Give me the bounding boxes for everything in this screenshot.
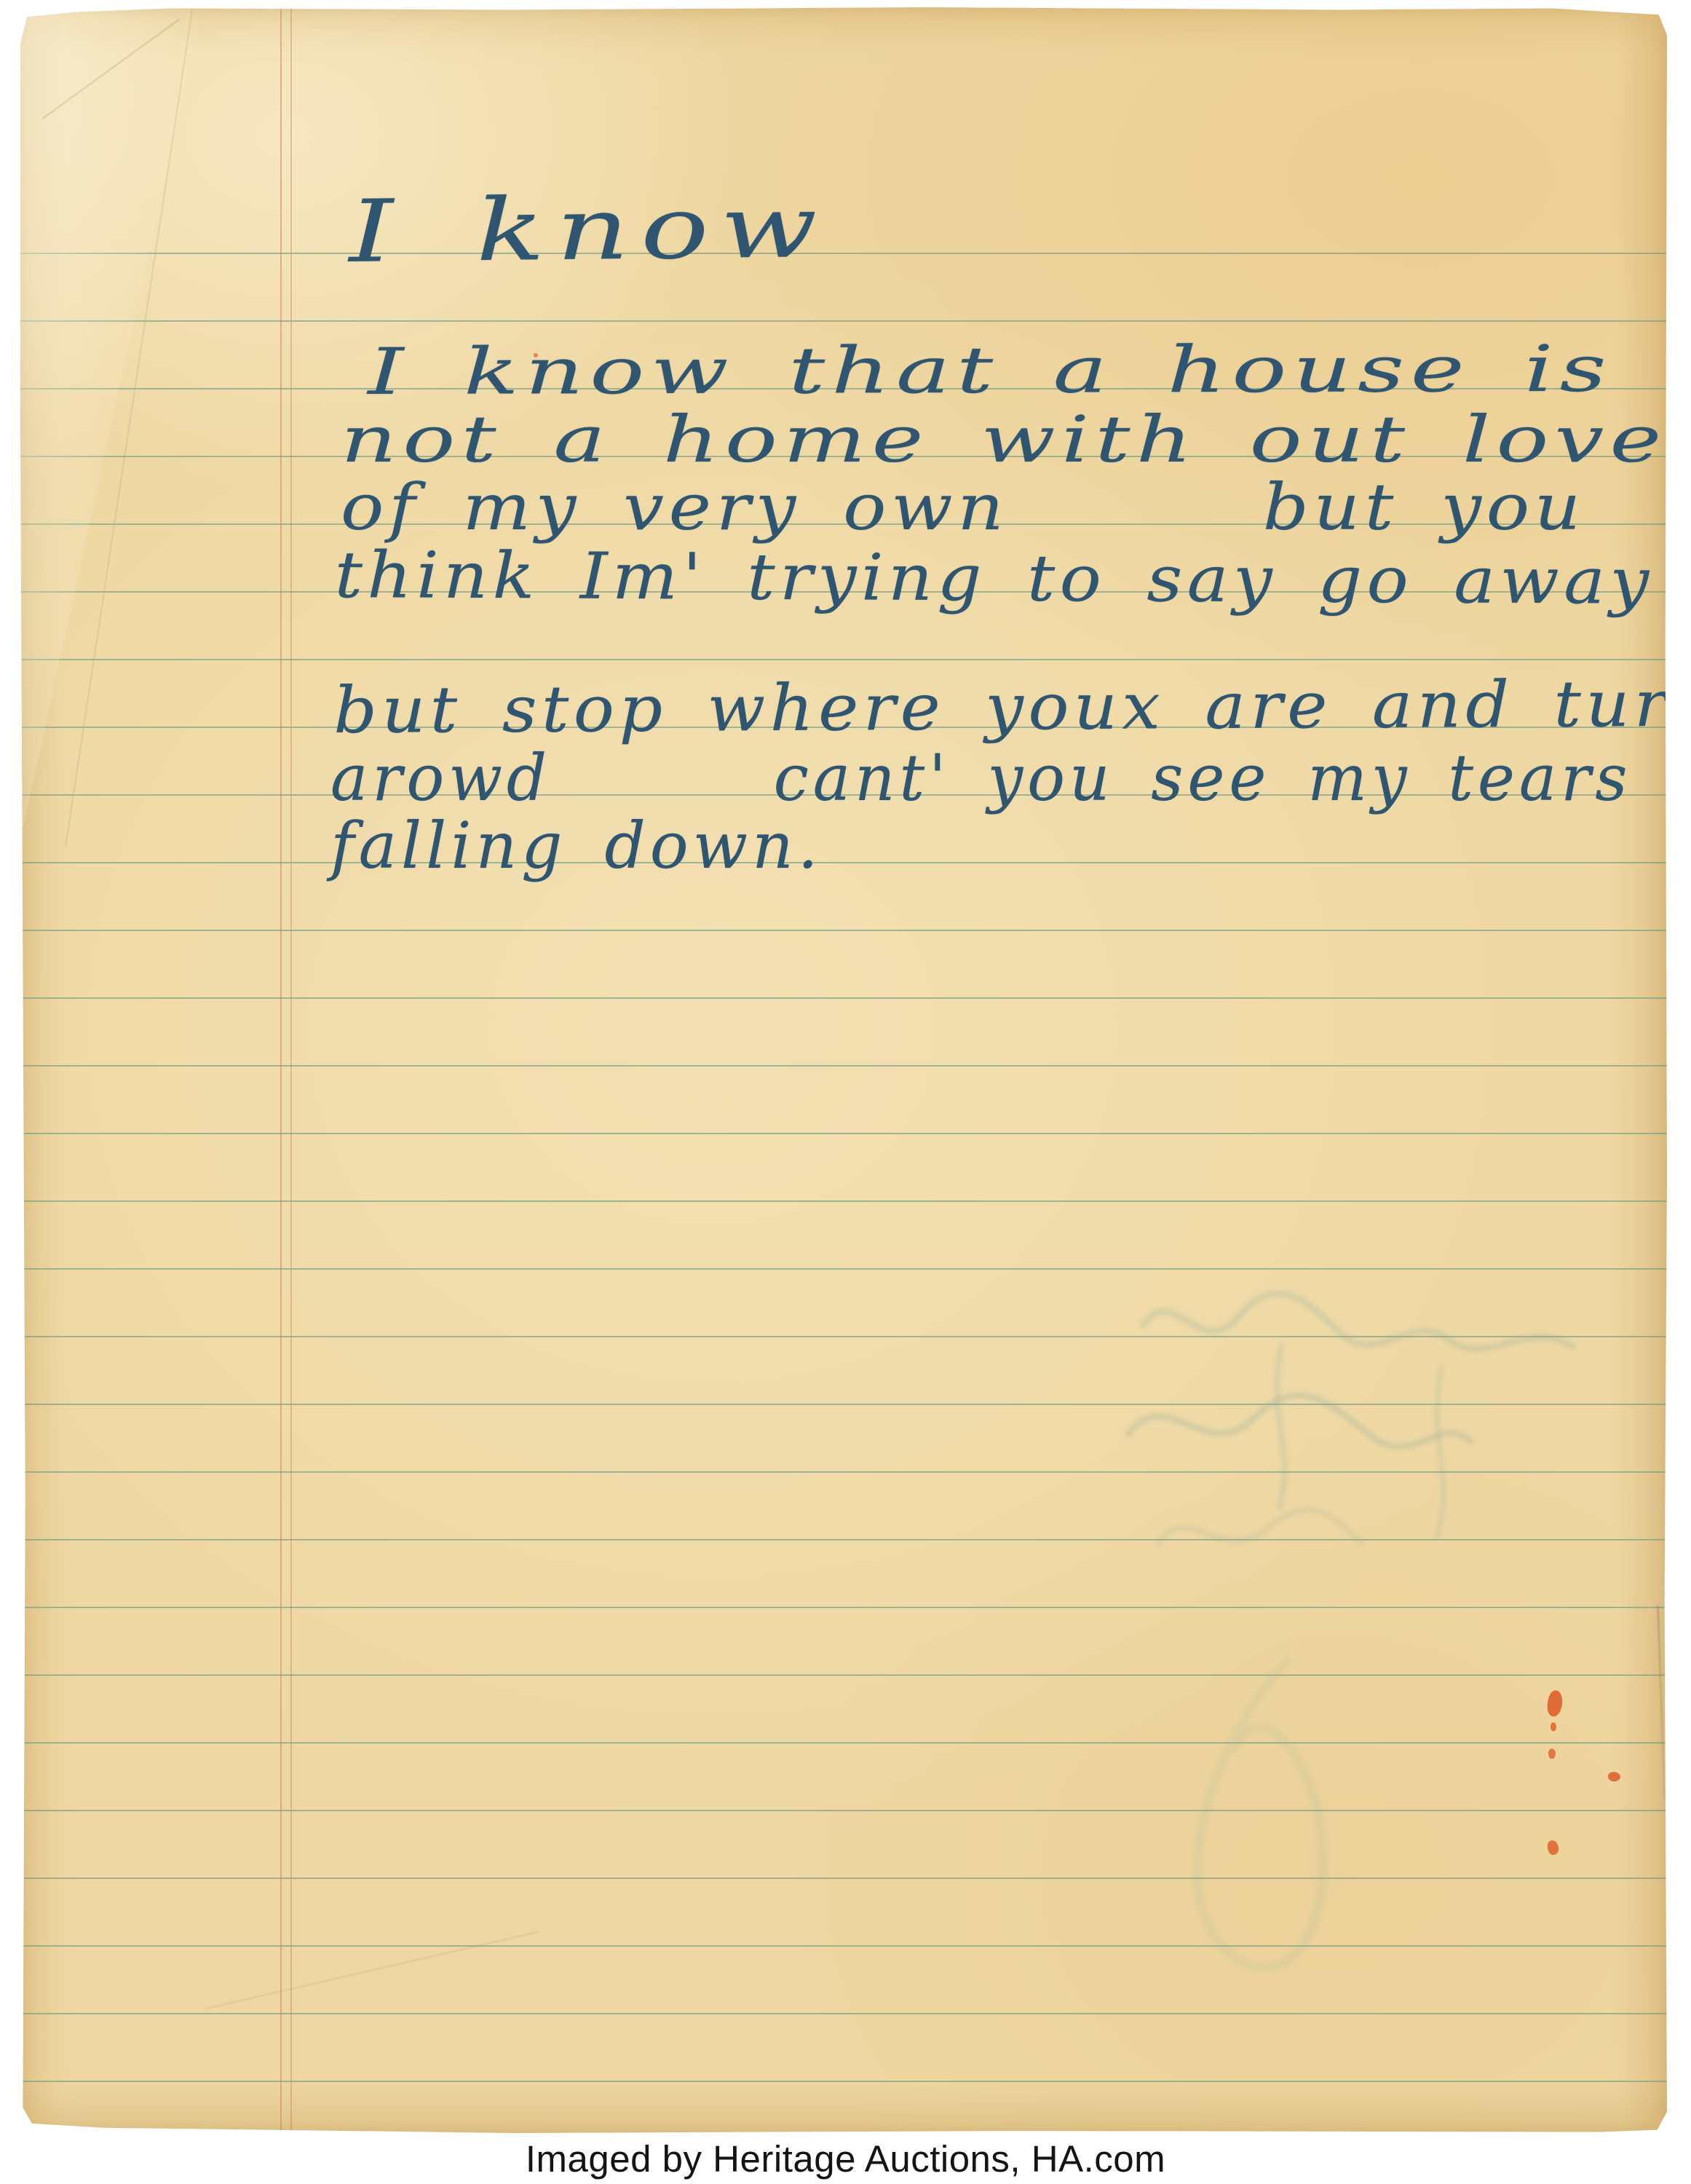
ink-stain (1548, 1749, 1556, 1759)
handwritten-line-7: falling down. (330, 814, 823, 878)
handwritten-line-1: I know that a house is (368, 337, 1612, 404)
margin-line-right (290, 7, 292, 2133)
ink-bleedthrough-ghost-loop (1069, 1631, 1433, 2009)
handwritten-line-3: of my very own but you (341, 475, 1585, 539)
ink-bleedthrough-ghost (1048, 1259, 1652, 1609)
photo-credit: Imaged by Heritage Auctions, HA.com (0, 2136, 1691, 2181)
handwritten-title: I know (348, 183, 830, 274)
handwritten-line-5: but stop where youx are and turn (333, 672, 1691, 743)
scanned-document-page: { "page": { "credit_line": "Imaged by He… (0, 0, 1691, 2184)
ink-stain (1608, 1772, 1620, 1781)
handwritten-line-4: think Im' trying to say go away (335, 543, 1654, 614)
ink-stain (1551, 1722, 1556, 1731)
handwritten-line-6: arowd cant' you see my tears (330, 746, 1631, 810)
notebook-paper: I know I know that a house is not a home… (20, 7, 1667, 2133)
handwritten-line-2: not a home with out love (341, 408, 1667, 472)
margin-line-left (280, 7, 282, 2133)
